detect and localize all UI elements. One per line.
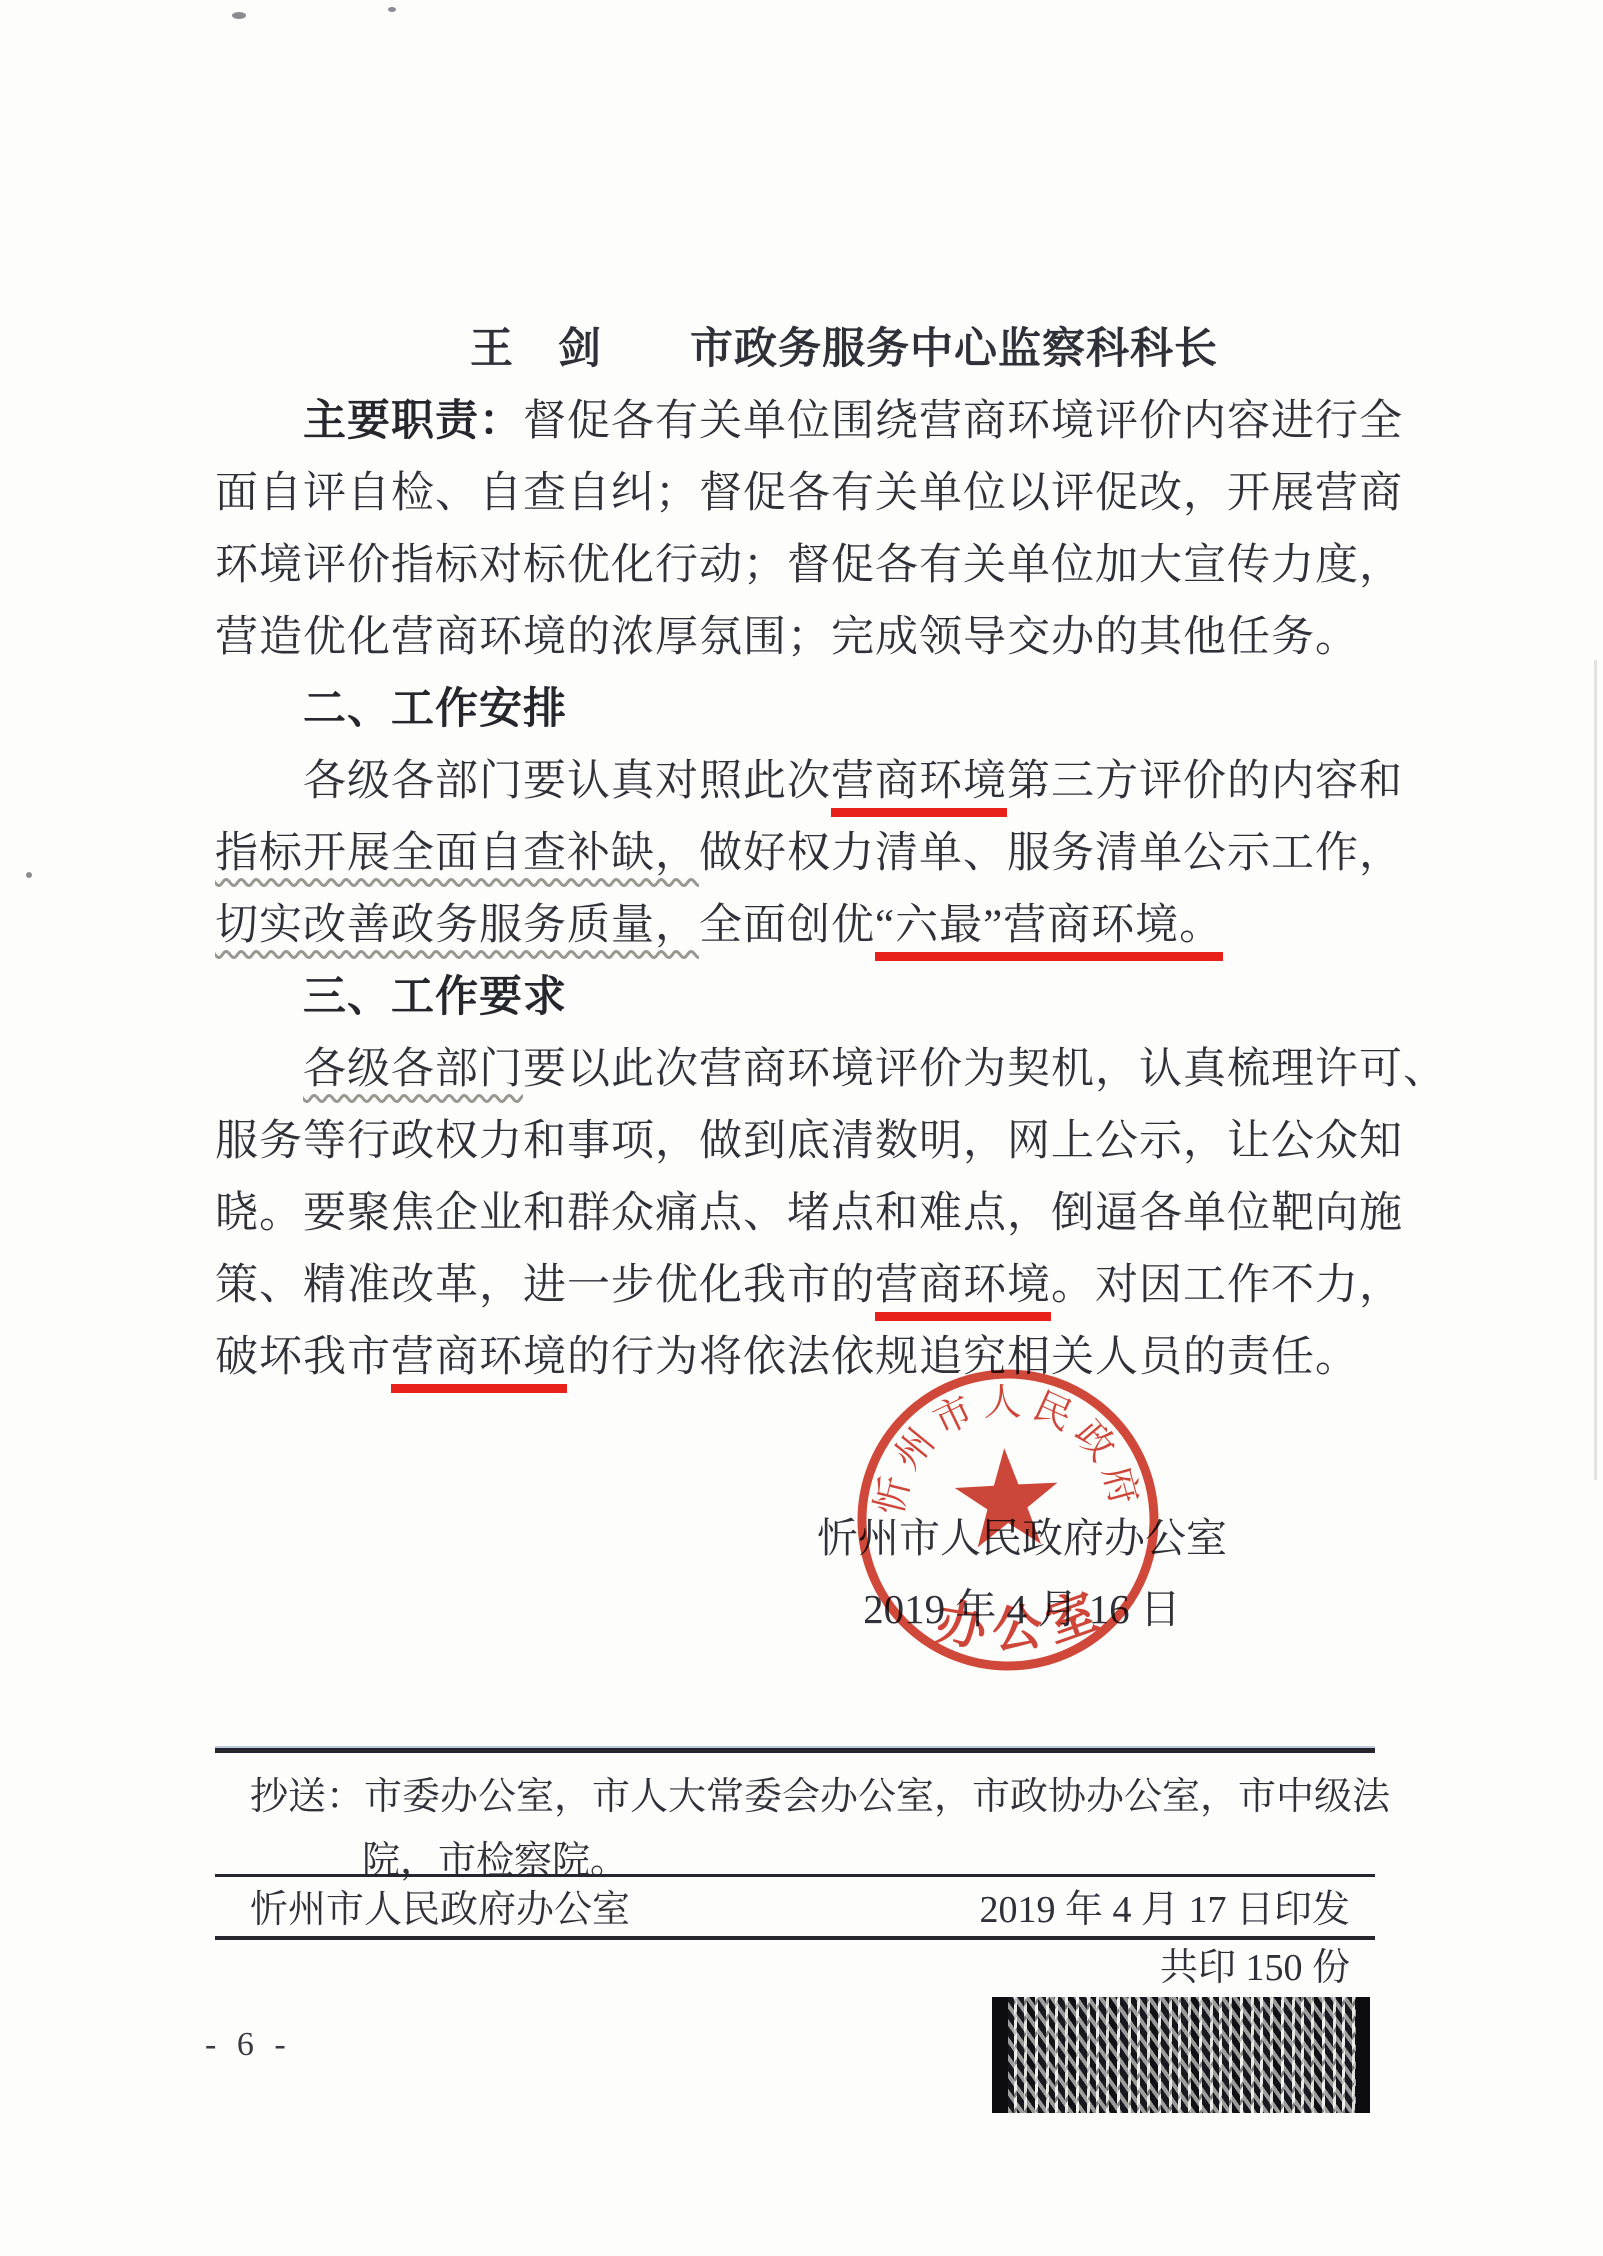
red-underlined-text: 营商环境 [831, 758, 1007, 817]
document-body: 王 剑 市政务服务中心监察科科长 主要职责：督促各有关单位围绕营商环境评价内容进… [215, 314, 1425, 1394]
barcode-image [992, 1997, 1370, 2113]
body-text-run: 第三方评价的内容和 [1007, 758, 1403, 805]
body-line: 各级各部门要认真对照此次营商环境第三方评价的内容和 [215, 746, 1425, 818]
body-text-run: 全面创优 [699, 902, 875, 949]
scan-speck [388, 7, 396, 12]
section-heading-2: 二、工作安排 [215, 674, 1425, 746]
body-line: 服务等行政权力和事项，做到底清数明，网上公示，让公众知 [215, 1106, 1425, 1178]
pencil-underlined-text: 切实改善政务服务质量， [215, 902, 699, 949]
body-text-run: 做好权力清单、服务清单公示工作， [699, 830, 1403, 877]
body-text-run: 策、精准改革，进一步优化我市的 [215, 1262, 875, 1309]
body-line: 各级各部门要以此次营商环境评价为契机，认真梳理许可、 [215, 1034, 1425, 1106]
person-title-line: 王 剑 市政务服务中心监察科科长 [215, 314, 1425, 386]
issuer-row: 忻州市人民政府办公室 2019 年 4 月 17 日印发 [250, 1890, 1350, 1930]
footer-middle-rule [215, 1874, 1375, 1877]
official-seal-stamp: 忻州市人民政府 办公室 [842, 1354, 1174, 1686]
footer-bottom-rule [215, 1936, 1375, 1940]
scan-speck [26, 872, 32, 878]
body-line: 面自评自检、自查自纠；督促各有关单位以评促改，开展营商 [215, 458, 1425, 530]
pencil-underlined-text: 指标开展全面自查补缺， [215, 830, 699, 877]
footer-top-rule [215, 1748, 1375, 1753]
red-underlined-text: “六最”营商环境。 [875, 902, 1223, 961]
scanned-document-page: 王 剑 市政务服务中心监察科科长 主要职责：督促各有关单位围绕营商环境评价内容进… [0, 0, 1603, 2256]
body-line: 切实改善政务服务质量，全面创优“六最”营商环境。 [215, 890, 1425, 962]
print-copies-count: 共印 150 份 [1000, 1948, 1350, 1988]
cc-line: 院，市检察院。 [250, 1829, 1390, 1893]
body-text-run: 要以此次营商环境评价为契机，认真梳理许可、 [523, 1046, 1447, 1093]
scan-edge-line [1594, 660, 1597, 1480]
body-line: 主要职责：督促各有关单位围绕营商环境评价内容进行全 [215, 386, 1425, 458]
print-date: 2019 年 4 月 17 日印发 [979, 1890, 1350, 1930]
seal-bottom-text: 办公室 [929, 1579, 1115, 1662]
body-line: 环境评价指标对标优化行动；督促各有关单位加大宣传力度， [215, 530, 1425, 602]
body-line: 指标开展全面自查补缺，做好权力清单、服务清单公示工作， [215, 818, 1425, 890]
seal-graphic: 忻州市人民政府 办公室 [842, 1354, 1174, 1686]
body-line: 晓。要聚焦企业和群众痛点、堵点和难点，倒逼各单位靶向施 [215, 1178, 1425, 1250]
body-text-run: 各级各部门要认真对照此次 [303, 758, 831, 805]
pencil-underlined-text: 各级各部门 [303, 1046, 523, 1093]
body-text-run: 督促各有关单位围绕营商环境评价内容进行全 [523, 398, 1403, 445]
cc-line: 抄送：市委办公室，市人大常委会办公室，市政协办公室，市中级法 [250, 1765, 1390, 1829]
red-underlined-text: 营商环境 [391, 1334, 567, 1393]
svg-text:办公室: 办公室 [929, 1579, 1115, 1662]
issuing-office: 忻州市人民政府办公室 [250, 1890, 630, 1930]
body-line: 破坏我市营商环境的行为将依法依规追究相关人员的责任。 [215, 1322, 1425, 1394]
scan-speck [232, 12, 246, 19]
body-text-run: 。对因工作不力， [1051, 1262, 1403, 1309]
page-number: - 6 - [205, 2026, 292, 2064]
duties-label: 主要职责： [303, 398, 523, 445]
red-underlined-text: 营商环境 [875, 1262, 1051, 1321]
body-text-run: 破坏我市 [215, 1334, 391, 1381]
section-heading-3: 三、工作要求 [215, 962, 1425, 1034]
body-line: 营造优化营商环境的浓厚氛围；完成领导交办的其他任务。 [215, 602, 1425, 674]
body-line: 策、精准改革，进一步优化我市的营商环境。对因工作不力， [215, 1250, 1425, 1322]
seal-star-icon [953, 1445, 1061, 1548]
